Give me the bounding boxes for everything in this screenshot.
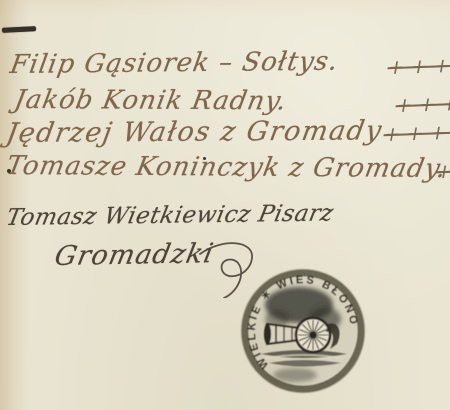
village-seal: WIELKIE ✶ WIES BŁONO bbox=[239, 267, 369, 397]
cross-marks-1: +++ bbox=[386, 53, 450, 79]
seal-ink-blotch bbox=[273, 368, 317, 382]
cross-marks-3: +++ bbox=[382, 120, 450, 146]
signature-line-4: Tomasze Koninczyk z Gromady. bbox=[4, 151, 449, 184]
ink-speck bbox=[203, 157, 206, 160]
corner-dash-mark bbox=[2, 26, 36, 32]
wheel-hub bbox=[310, 332, 317, 339]
ink-speck bbox=[7, 169, 11, 173]
clerk-signature-line-1: Tomasz Wietkiewicz Pisarz bbox=[4, 200, 336, 231]
signature-line-3: Jędrzej Wałos z Gromady bbox=[4, 115, 385, 149]
signature-line-1: Filip Gąsiorek – Sołtys. bbox=[8, 47, 341, 80]
document-page: Filip Gąsiorek – Sołtys. +++ Jakób Konik… bbox=[0, 0, 450, 410]
cannon-muzzle bbox=[264, 323, 271, 344]
cross-marks-2: +++ bbox=[394, 91, 450, 117]
signature-line-2: Jakób Konik Radny. bbox=[12, 85, 289, 116]
clerk-signature-line-2: Gromadzki bbox=[52, 238, 217, 272]
cannon-barrel bbox=[267, 324, 299, 344]
